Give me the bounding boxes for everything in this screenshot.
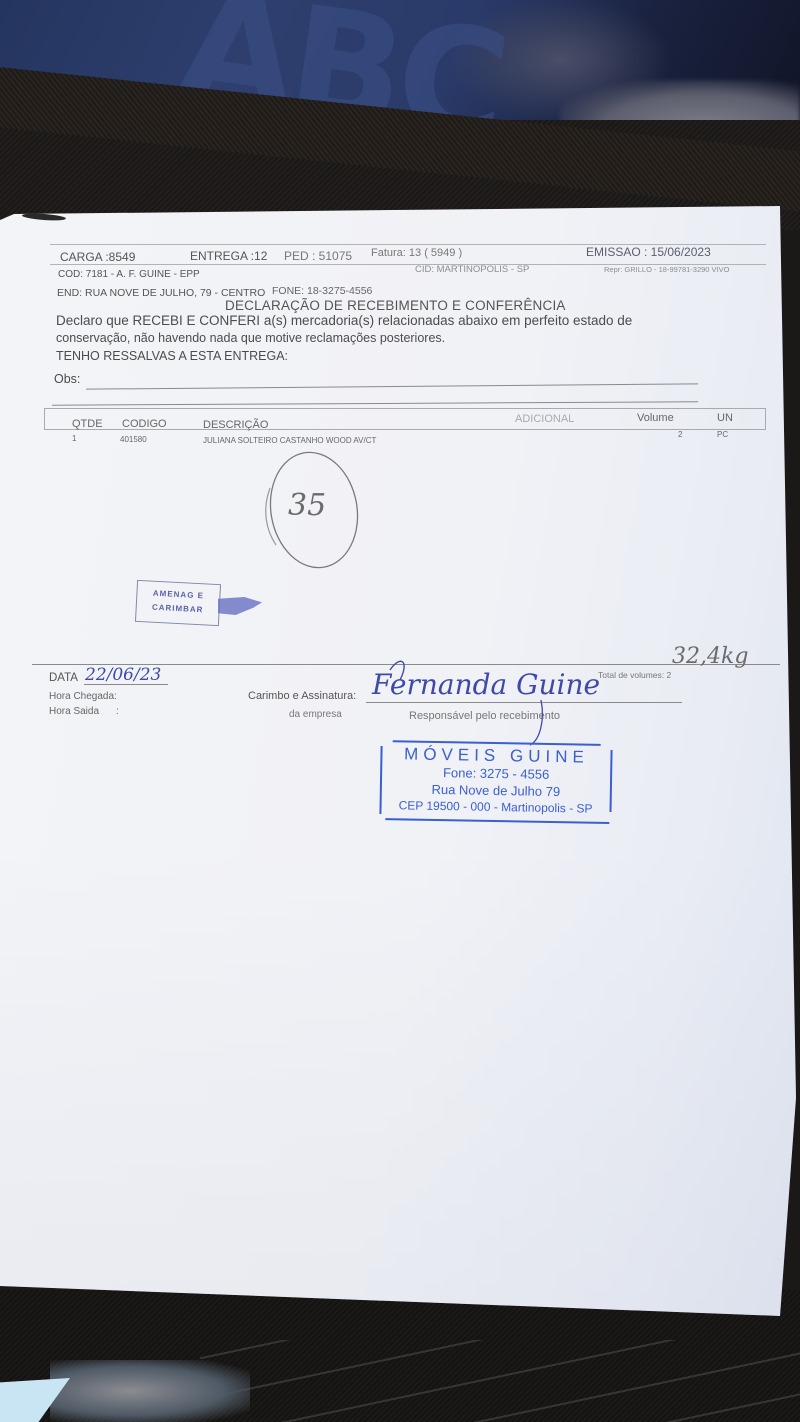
weight-handwritten: 32,4kg [672, 644, 748, 669]
total-volumes: Total de volumes: 2 [598, 670, 671, 680]
company-stamp-fone: Fone: 3275 - 4556 [380, 764, 612, 783]
delivery-receipt: CARGA :8549 ENTREGA :12 PED : 51075 Fatu… [0, 0, 800, 1422]
signature-stroke [0, 0, 800, 1422]
company-stamp-address: Rua Nove de Julho 79 [380, 781, 612, 800]
company-stamp-cep: CEP 19500 - 000 - Martinopolis - SP [379, 798, 611, 816]
company-stamp: MÓVEIS GUINE Fone: 3275 - 4556 Rua Nove … [379, 740, 612, 824]
